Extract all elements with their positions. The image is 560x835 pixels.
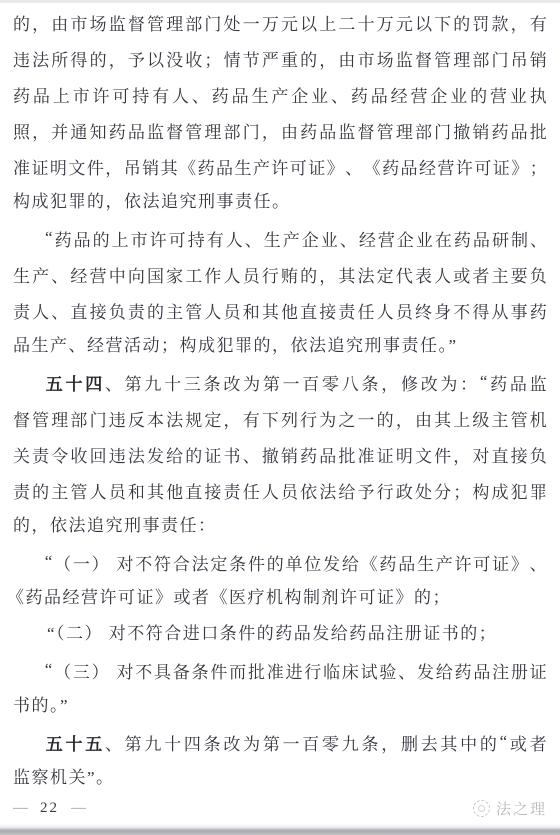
paragraph: “（一） 对不符合法定条件的单位发给《药品生产许可证》、《药品经营许可证》或者《… [13, 544, 547, 616]
paragraph: 五十五、第九十四条改为第一百零九条，删去其中的“或者监察机关”。 [13, 724, 547, 796]
text-line: 监察机关”。 [13, 760, 547, 796]
text-line: “（三） 对不具备条件而批准进行临床试验、发给药品注册证 [13, 652, 547, 688]
scanned-page: 的，由市场监督管理部门处一万元以上二十万元以下的罚款，有违法所得的，予以没收；情… [0, 0, 560, 835]
text-line: 责的主管人员和其他直接责任人员依法给予行政处分；构成犯罪 [13, 472, 547, 508]
page-number: — 22 — [13, 800, 86, 817]
text-line: 《药品经营许可证》或者《医疗机构制剂许可证》的； [7, 580, 547, 616]
paragraph: “（三） 对不具备条件而批准进行临床试验、发给药品注册证书的。” [13, 652, 547, 724]
text-line: “（一） 对不符合法定条件的单位发给《药品生产许可证》、 [13, 544, 547, 580]
paragraph: “药品的上市许可持有人、生产企业、经营企业在药品研制、生产、经营中向国家工作人员… [13, 220, 547, 364]
text-line: 书的。” [13, 688, 547, 724]
text-line: 督管理部门违反本法规定，有下列行为之一的，由其上级主管机 [13, 400, 547, 436]
page-number-dash-left: — [13, 800, 28, 817]
text-line: “（二） 对不符合进口条件的药品发给药品注册证书的； [13, 616, 547, 652]
page-number-dash-right: — [71, 800, 86, 817]
page-footer: — 22 — 法之理 [13, 796, 547, 820]
text-line: 构成犯罪的，依法追究刑事责任。 [13, 184, 547, 220]
text-line: 违法所得的，予以没收；情节严重的，由市场监督管理部门吊销 [13, 40, 547, 76]
paragraph: “（二） 对不符合进口条件的药品发给药品注册证书的； [13, 616, 547, 652]
paragraph: 五十四、第九十三条改为第一百零八条，修改为：“药品监督管理部门违反本法规定，有下… [13, 364, 547, 544]
watermark: 法之理 [473, 798, 547, 819]
text-line: 责人、直接负责的主管人员和其他直接责任人员终身不得从事药 [13, 292, 547, 328]
page-number-value: 22 [40, 800, 59, 817]
text-line: 药品上市许可持有人、药品生产企业、药品经营企业的营业执 [13, 76, 547, 112]
text-line: 关责令收回违法发给的证书、撤销药品批准证明文件，对直接负 [13, 436, 547, 472]
page-top-edge [0, 0, 560, 3]
text-line: 五十五、第九十四条改为第一百零九条，删去其中的“或者 [13, 724, 547, 760]
text-line: 生产、经营中向国家工作人员行贿的，其法定代表人或者主要负 [13, 256, 547, 292]
fazhili-logo-icon [473, 800, 490, 817]
text-line: 的，依法追究刑事责任： [13, 508, 547, 544]
page-bottom-edge [0, 824, 560, 835]
text-line: 品生产、经营活动；构成犯罪的，依法追究刑事责任。” [13, 328, 547, 364]
text-line: 五十四、第九十三条改为第一百零八条，修改为：“药品监 [13, 364, 547, 400]
text-line: “药品的上市许可持有人、生产企业、经营企业在药品研制、 [13, 220, 547, 256]
watermark-label: 法之理 [496, 798, 547, 819]
document-body: 的，由市场监督管理部门处一万元以上二十万元以下的罚款，有违法所得的，予以没收；情… [13, 4, 547, 796]
text-line: 的，由市场监督管理部门处一万元以上二十万元以下的罚款，有 [13, 4, 547, 40]
paragraph: 的，由市场监督管理部门处一万元以上二十万元以下的罚款，有违法所得的，予以没收；情… [13, 4, 547, 220]
text-line: 准证明文件，吊销其《药品生产许可证》、《药品经营许可证》； [13, 148, 547, 184]
text-line: 照，并通知药品监督管理部门，由药品监督管理部门撤销药品批 [13, 112, 547, 148]
